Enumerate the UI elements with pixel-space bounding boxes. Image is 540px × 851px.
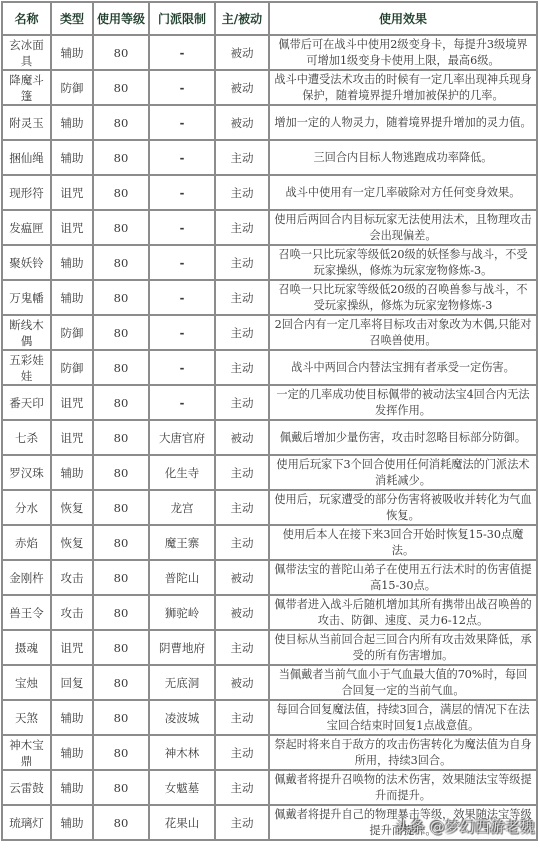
cell-type: 回复: [51, 665, 93, 700]
cell-type: 辅助: [51, 140, 93, 175]
cell-type: 诅咒: [51, 630, 93, 665]
fabao-table: 名称 类型 使用等级 门派限制 主/被动 使用效果 玄冰面具辅助80-被动佩带后…: [1, 1, 538, 841]
table-row: 聚妖铃辅助80-主动召唤一只比玩家等级低20级的妖怪参与战斗，不受玩家操纵，修炼…: [2, 245, 537, 280]
cell-level: 80: [93, 350, 149, 385]
cell-sect: -: [149, 350, 215, 385]
header-type: 类型: [51, 2, 93, 35]
cell-name: 天煞: [2, 700, 51, 735]
cell-sect: -: [149, 175, 215, 210]
cell-effect: 2回合内有一定几率将目标攻击对象改为木偶,只能对召唤兽使用。: [269, 315, 537, 350]
cell-name: 七杀: [2, 420, 51, 455]
cell-level: 80: [93, 105, 149, 140]
cell-type: 防御: [51, 315, 93, 350]
table-row: 神木宝鼎辅助80神木林主动祭起时将来自于敌方的攻击伤害转化为魔法值为自身所用，持…: [2, 735, 537, 770]
cell-mode: 被动: [215, 560, 269, 595]
cell-mode: 主动: [215, 315, 269, 350]
cell-mode: 主动: [215, 280, 269, 315]
table-header-row: 名称 类型 使用等级 门派限制 主/被动 使用效果: [2, 2, 537, 35]
cell-name: 分水: [2, 490, 51, 525]
cell-level: 80: [93, 315, 149, 350]
cell-mode: 主动: [215, 350, 269, 385]
cell-type: 辅助: [51, 805, 93, 840]
cell-mode: 主动: [215, 805, 269, 840]
cell-name: 附灵玉: [2, 105, 51, 140]
cell-name: 降魔斗篷: [2, 70, 51, 105]
cell-sect: 神木林: [149, 735, 215, 770]
table-row: 分水恢复80龙宫主动使用后，玩家遭受的部分伤害将被吸收并转化为气血恢复。: [2, 490, 537, 525]
cell-effect: 召唤一只比玩家等级低20级的妖怪参与战斗，不受玩家操纵，修炼为玩家宠物修炼-3。: [269, 245, 537, 280]
table-row: 捆仙绳辅助80-主动三回合内目标人物逃跑成功率降低。: [2, 140, 537, 175]
cell-sect: -: [149, 245, 215, 280]
cell-level: 80: [93, 245, 149, 280]
cell-mode: 主动: [215, 245, 269, 280]
cell-mode: 主动: [215, 770, 269, 805]
cell-type: 防御: [51, 350, 93, 385]
cell-level: 80: [93, 700, 149, 735]
cell-sect: 无底洞: [149, 665, 215, 700]
cell-level: 80: [93, 280, 149, 315]
cell-level: 80: [93, 630, 149, 665]
cell-mode: 被动: [215, 665, 269, 700]
table-row: 宝烛回复80无底洞被动当佩戴者当前气血小于气血最大值的70%时，每回合回复一定的…: [2, 665, 537, 700]
cell-sect: 花果山: [149, 805, 215, 840]
cell-name: 云雷鼓: [2, 770, 51, 805]
cell-sect: -: [149, 280, 215, 315]
cell-sect: 化生寺: [149, 455, 215, 490]
cell-name: 万鬼幡: [2, 280, 51, 315]
cell-level: 80: [93, 490, 149, 525]
cell-type: 攻击: [51, 560, 93, 595]
cell-type: 诅咒: [51, 385, 93, 420]
cell-effect: 战斗中遭受法术攻击的时候有一定几率出现神兵现身保护，随着境界提升增加被保护的几率…: [269, 70, 537, 105]
cell-name: 现形符: [2, 175, 51, 210]
cell-type: 辅助: [51, 105, 93, 140]
cell-level: 80: [93, 70, 149, 105]
cell-mode: 主动: [215, 140, 269, 175]
cell-level: 80: [93, 595, 149, 630]
cell-mode: 被动: [215, 105, 269, 140]
table-row: 附灵玉辅助80-被动增加一定的人物灵力，随着境界提升增加的灵力值。: [2, 105, 537, 140]
cell-effect: 佩戴者将提升召唤物的法术伤害，效果随法宝等级提升而提升。: [269, 770, 537, 805]
cell-level: 80: [93, 735, 149, 770]
cell-sect: 凌波城: [149, 700, 215, 735]
cell-mode: 主动: [215, 455, 269, 490]
cell-level: 80: [93, 35, 149, 70]
cell-type: 辅助: [51, 700, 93, 735]
cell-name: 赤焰: [2, 525, 51, 560]
cell-effect: 佩戴者将提升自己的物理暴击等级，效果随法宝等级提升而提升。: [269, 805, 537, 840]
cell-level: 80: [93, 665, 149, 700]
cell-effect: 佩戴后增加少量伤害，攻击时忽略目标部分防御。: [269, 420, 537, 455]
cell-name: 兽王令: [2, 595, 51, 630]
cell-effect: 佩带者进入战斗后随机增加其所有携带出战召唤兽的攻击、防御、速度、灵力6-12点。: [269, 595, 537, 630]
table-row: 金刚杵攻击80普陀山被动佩带法宝的普陀山弟子在使用五行法术时的伤害值提高15-3…: [2, 560, 537, 595]
cell-mode: 被动: [215, 35, 269, 70]
cell-effect: 佩带法宝的普陀山弟子在使用五行法术时的伤害值提高15-30点。: [269, 560, 537, 595]
cell-type: 辅助: [51, 35, 93, 70]
cell-mode: 主动: [215, 525, 269, 560]
cell-level: 80: [93, 140, 149, 175]
cell-name: 聚妖铃: [2, 245, 51, 280]
cell-level: 80: [93, 805, 149, 840]
table-row: 摄魂诅咒80阴曹地府主动使目标从当前回合起三回合内所有攻击效果降低，承受的所有伤…: [2, 630, 537, 665]
header-sect: 门派限制: [149, 2, 215, 35]
cell-effect: 每回合回复魔法值，持续3回合，满层的情况下在法宝回合结束时回复1点战意值。: [269, 700, 537, 735]
cell-level: 80: [93, 455, 149, 490]
cell-level: 80: [93, 420, 149, 455]
header-mode: 主/被动: [215, 2, 269, 35]
table-row: 琉璃灯辅助80花果山主动佩戴者将提升自己的物理暴击等级，效果随法宝等级提升而提升…: [2, 805, 537, 840]
cell-level: 80: [93, 175, 149, 210]
table-row: 五彩娃娃防御80-主动战斗中两回合内替法宝拥有者承受一定伤害。: [2, 350, 537, 385]
cell-mode: 主动: [215, 630, 269, 665]
cell-mode: 主动: [215, 490, 269, 525]
cell-name: 五彩娃娃: [2, 350, 51, 385]
table-row: 发瘟匣诅咒80-主动使用后两回合内目标玩家无法使用法术，且物理攻击会出现偏差。: [2, 210, 537, 245]
cell-name: 玄冰面具: [2, 35, 51, 70]
table-row: 番天印诅咒80-主动一定的几率成功使目标佩带的被动法宝4回合内无法发挥作用。: [2, 385, 537, 420]
cell-name: 宝烛: [2, 665, 51, 700]
cell-level: 80: [93, 560, 149, 595]
cell-name: 神木宝鼎: [2, 735, 51, 770]
cell-name: 琉璃灯: [2, 805, 51, 840]
cell-effect: 召唤一只比玩家等级低20级的召唤兽参与战斗，不受玩家操纵，修炼为玩家宠物修炼-3: [269, 280, 537, 315]
table-row: 降魔斗篷防御80-被动战斗中遭受法术攻击的时候有一定几率出现神兵现身保护，随着境…: [2, 70, 537, 105]
table-row: 罗汉珠辅助80化生寺主动使用后玩家下3个回合使用任何消耗魔法的门派法术消耗减少。: [2, 455, 537, 490]
table-row: 玄冰面具辅助80-被动佩带后可在战斗中使用2级变身卡，每提升3级境界可增加1级变…: [2, 35, 537, 70]
table-row: 万鬼幡辅助80-主动召唤一只比玩家等级低20级的召唤兽参与战斗，不受玩家操纵，修…: [2, 280, 537, 315]
cell-sect: -: [149, 70, 215, 105]
cell-level: 80: [93, 770, 149, 805]
header-name: 名称: [2, 2, 51, 35]
cell-mode: 主动: [215, 385, 269, 420]
cell-sect: -: [149, 35, 215, 70]
cell-name: 断线木偶: [2, 315, 51, 350]
cell-effect: 三回合内目标人物逃跑成功率降低。: [269, 140, 537, 175]
cell-sect: -: [149, 385, 215, 420]
cell-effect: 当佩戴者当前气血小于气血最大值的70%时，每回合回复一定的当前气血。: [269, 665, 537, 700]
cell-sect: -: [149, 105, 215, 140]
cell-sect: -: [149, 140, 215, 175]
cell-effect: 使目标从当前回合起三回合内所有攻击效果降低，承受的所有伤害增加。: [269, 630, 537, 665]
table-row: 现形符诅咒80-主动战斗中使用有一定几率破除对方任何变身效果。: [2, 175, 537, 210]
cell-mode: 主动: [215, 175, 269, 210]
cell-name: 发瘟匣: [2, 210, 51, 245]
cell-name: 罗汉珠: [2, 455, 51, 490]
table-row: 天煞辅助80凌波城主动每回合回复魔法值，持续3回合，满层的情况下在法宝回合结束时…: [2, 700, 537, 735]
cell-effect: 增加一定的人物灵力，随着境界提升增加的灵力值。: [269, 105, 537, 140]
cell-effect: 战斗中两回合内替法宝拥有者承受一定伤害。: [269, 350, 537, 385]
cell-level: 80: [93, 385, 149, 420]
cell-effect: 使用后本人在接下来3回合开始时恢复15-30点魔法。: [269, 525, 537, 560]
cell-type: 攻击: [51, 595, 93, 630]
cell-mode: 被动: [215, 595, 269, 630]
table-row: 云雷鼓辅助80女魃墓主动佩戴者将提升召唤物的法术伤害，效果随法宝等级提升而提升。: [2, 770, 537, 805]
cell-name: 捆仙绳: [2, 140, 51, 175]
cell-mode: 主动: [215, 210, 269, 245]
cell-type: 辅助: [51, 280, 93, 315]
cell-name: 番天印: [2, 385, 51, 420]
table-row: 七杀诅咒80大唐官府被动佩戴后增加少量伤害，攻击时忽略目标部分防御。: [2, 420, 537, 455]
cell-effect: 使用后玩家下3个回合使用任何消耗魔法的门派法术消耗减少。: [269, 455, 537, 490]
cell-sect: -: [149, 210, 215, 245]
cell-type: 诅咒: [51, 210, 93, 245]
cell-type: 防御: [51, 70, 93, 105]
cell-effect: 使用后两回合内目标玩家无法使用法术，且物理攻击会出现偏差。: [269, 210, 537, 245]
cell-level: 80: [93, 210, 149, 245]
cell-mode: 被动: [215, 420, 269, 455]
cell-sect: 女魃墓: [149, 770, 215, 805]
cell-effect: 使用后，玩家遭受的部分伤害将被吸收并转化为气血恢复。: [269, 490, 537, 525]
cell-type: 恢复: [51, 490, 93, 525]
cell-type: 诅咒: [51, 175, 93, 210]
cell-name: 摄魂: [2, 630, 51, 665]
cell-type: 辅助: [51, 735, 93, 770]
cell-effect: 祭起时将来自于敌方的攻击伤害转化为魔法值为自身所用，持续3回合。: [269, 735, 537, 770]
cell-type: 辅助: [51, 245, 93, 280]
cell-type: 诅咒: [51, 420, 93, 455]
table-row: 兽王令攻击80狮驼岭被动佩带者进入战斗后随机增加其所有携带出战召唤兽的攻击、防御…: [2, 595, 537, 630]
table-row: 赤焰恢复80魔王寨主动使用后本人在接下来3回合开始时恢复15-30点魔法。: [2, 525, 537, 560]
cell-mode: 主动: [215, 700, 269, 735]
cell-sect: 大唐官府: [149, 420, 215, 455]
cell-sect: 阴曹地府: [149, 630, 215, 665]
cell-effect: 佩带后可在战斗中使用2级变身卡，每提升3级境界可增加1级变身卡使用上限，最高6级…: [269, 35, 537, 70]
cell-sect: 普陀山: [149, 560, 215, 595]
cell-sect: 魔王寨: [149, 525, 215, 560]
cell-effect: 一定的几率成功使目标佩带的被动法宝4回合内无法发挥作用。: [269, 385, 537, 420]
header-effect: 使用效果: [269, 2, 537, 35]
cell-effect: 战斗中使用有一定几率破除对方任何变身效果。: [269, 175, 537, 210]
cell-level: 80: [93, 525, 149, 560]
cell-type: 辅助: [51, 770, 93, 805]
cell-type: 恢复: [51, 525, 93, 560]
header-level: 使用等级: [93, 2, 149, 35]
cell-name: 金刚杵: [2, 560, 51, 595]
cell-sect: -: [149, 315, 215, 350]
cell-mode: 被动: [215, 70, 269, 105]
cell-mode: 主动: [215, 735, 269, 770]
table-row: 断线木偶防御80-主动2回合内有一定几率将目标攻击对象改为木偶,只能对召唤兽使用…: [2, 315, 537, 350]
cell-sect: 龙宫: [149, 490, 215, 525]
cell-sect: 狮驼岭: [149, 595, 215, 630]
cell-type: 辅助: [51, 455, 93, 490]
